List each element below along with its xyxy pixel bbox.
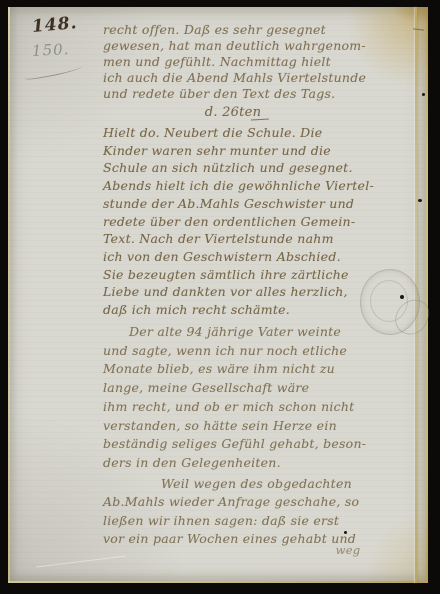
manuscript-line: Schule an sich nützlich und gesegnet. [103, 159, 374, 177]
manuscript-line: ich von den Geschwistern Abschied. [103, 248, 374, 266]
ink-speck [344, 531, 347, 534]
manuscript-line: Sie bezeugten sämtlich ihre zärtliche [103, 266, 374, 284]
page-edge-left [8, 7, 10, 583]
manuscript-line: und sagte, wenn ich nur noch etliche [103, 342, 366, 361]
manuscript-line: Kinder waren sehr munter und die [103, 142, 374, 160]
manuscript-line: beständig seliges Gefühl gehabt, beson- [103, 435, 366, 454]
manuscript-line: Weil wegen des obgedachten [103, 475, 359, 493]
manuscript-line: redete über den ordentlichen Gemein- [103, 213, 374, 231]
manuscript-line: verstanden, so hätte sein Herze ein [103, 417, 366, 436]
manuscript-page: 148. 150. recht offen. Daß es sehr geseg… [8, 7, 428, 583]
page-edge-bottom [8, 581, 428, 583]
folio-number-pencil: 150. [32, 40, 70, 60]
manuscript-line: gewesen, hat man deutlich wahrgenom- [103, 38, 366, 54]
paragraph-old-father: Der alte 94 jährige Vater weinte und sag… [103, 323, 366, 473]
manuscript-line: Text. Nach der Viertelstunde nahm [103, 230, 374, 248]
scan-background: 148. 150. recht offen. Daß es sehr geseg… [0, 0, 440, 594]
date-heading-underline [251, 119, 269, 121]
manuscript-line: Abends hielt ich die gewöhnliche Viertel… [103, 177, 374, 195]
pencil-underline-flourish [24, 64, 82, 81]
manuscript-line: ihm recht, und ob er mich schon nicht [103, 398, 366, 417]
manuscript-line: Monate blieb, es wäre ihm nicht zu [103, 360, 366, 379]
page-edge-right [426, 7, 428, 583]
ink-speck [400, 295, 404, 299]
paragraph-entry-26th: Hielt do. Neubert die Schule. Die Kinder… [103, 124, 374, 319]
date-heading: d. 26ten [158, 105, 308, 120]
manuscript-line: Hielt do. Neubert die Schule. Die [103, 124, 374, 142]
manuscript-line: ders in den Gelegenheiten. [103, 454, 366, 473]
manuscript-line: stunde der Ab.Mahls Geschwister und [103, 195, 374, 213]
manuscript-line: men und gefühlt. Nachmittag hielt [103, 54, 366, 70]
manuscript-line: Ab.Mahls wieder Anfrage geschahe, so [103, 493, 359, 511]
paragraph-communion-request: Weil wegen des obgedachten Ab.Mahls wied… [103, 475, 359, 549]
corner-stain [394, 7, 428, 23]
manuscript-line: recht offen. Daß es sehr gesegnet [103, 22, 366, 38]
ink-speck [422, 93, 425, 96]
manuscript-line: und redete über den Text des Tags. [103, 86, 366, 102]
paper-scratch [36, 556, 125, 568]
catchword: weg [303, 543, 393, 557]
manuscript-line: lange, meine Gesellschaft wäre [103, 379, 366, 398]
ink-speck [418, 199, 422, 202]
manuscript-line: daß ich mich recht schämte. [103, 301, 374, 319]
folio-number-ink: 148. [31, 13, 78, 37]
paragraph-continuation: recht offen. Daß es sehr gesegnet gewese… [103, 22, 366, 102]
manuscript-line: Liebe und dankten vor alles herzlich, [103, 283, 374, 301]
manuscript-line: ließen wir ihnen sagen: daß sie erst [103, 512, 359, 530]
manuscript-line: ich auch die Abend Mahls Viertelstunde [103, 70, 366, 86]
manuscript-line: Der alte 94 jährige Vater weinte [103, 323, 366, 342]
